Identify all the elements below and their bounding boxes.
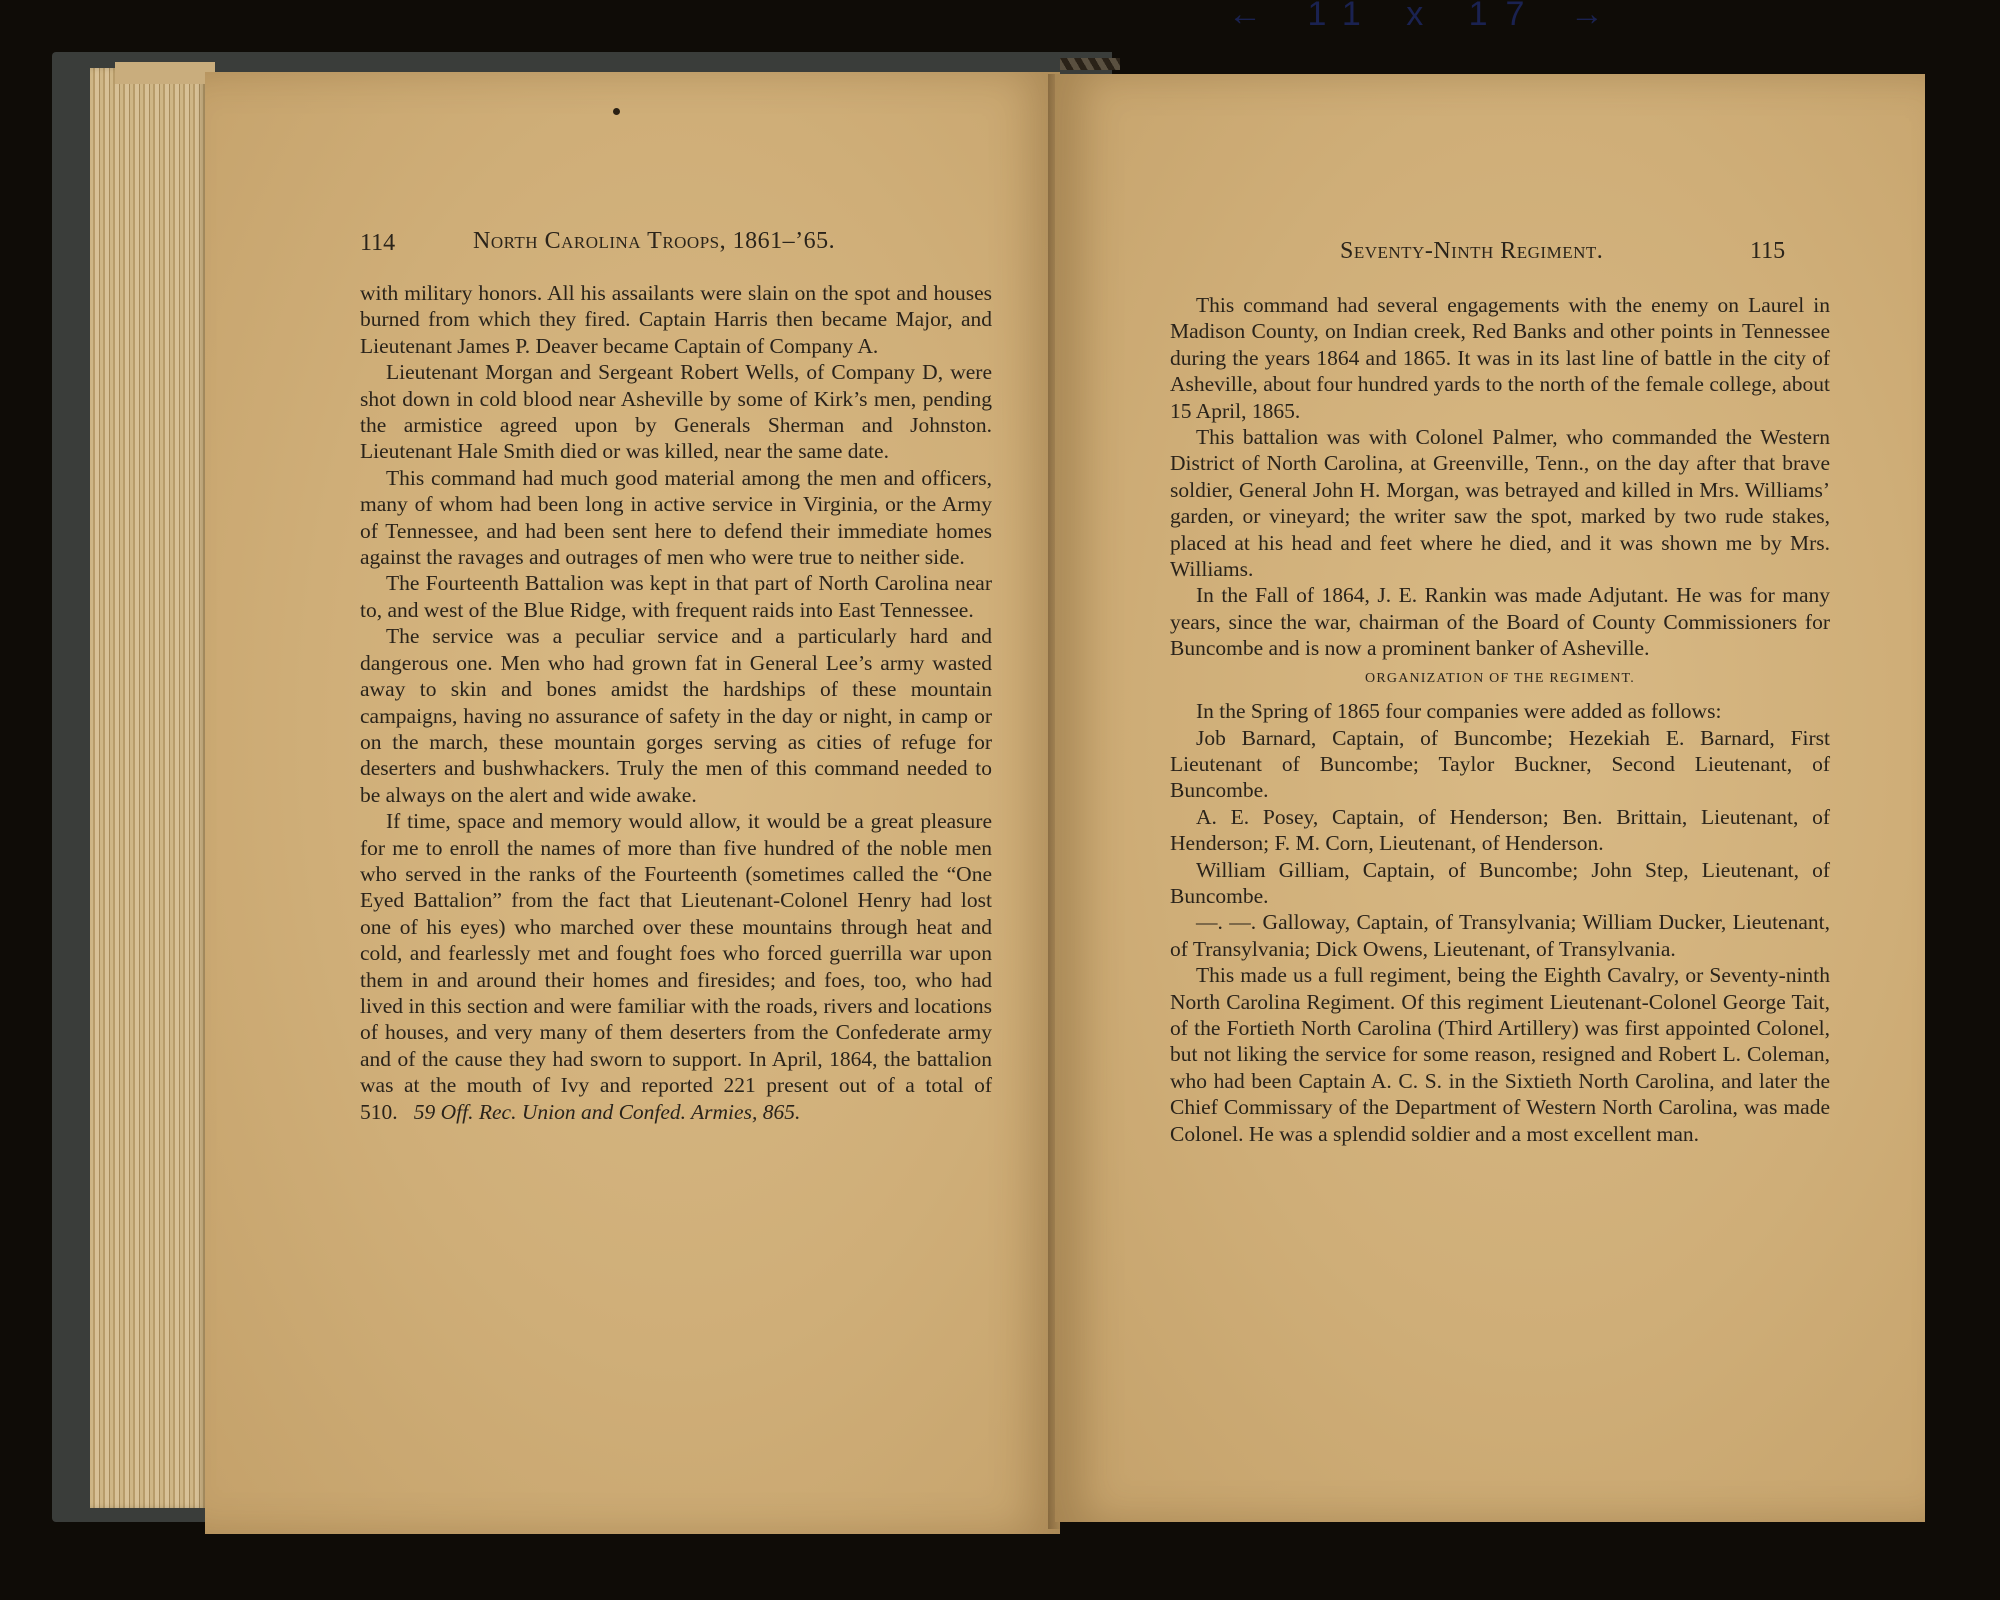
paragraph: The Fourteenth Battalion was kept in tha… (360, 570, 992, 623)
company-entry: —. —. Galloway, Captain, of Transylvania… (1170, 909, 1830, 962)
running-head: Seventy-Ninth Regiment. (1340, 238, 1603, 265)
paragraph-with-citation: If time, space and memory would allow, i… (360, 808, 992, 1125)
page-edges-top (115, 62, 215, 84)
company-entry: Job Barnard, Captain, of Buncombe; Hezek… (1170, 725, 1830, 804)
right-page-body: This command had several engagements wit… (1170, 292, 1830, 1147)
left-page: 114 North Carolina Troops, 1861–’65. wit… (205, 72, 1060, 1534)
section-heading: ORGANIZATION OF THE REGIMENT. (1170, 666, 1830, 692)
page-edges (90, 68, 205, 1508)
paragraph: This command had several engagements wit… (1170, 292, 1830, 424)
paragraph: The service was a peculiar service and a… (360, 623, 992, 808)
paragraph: This made us a full regiment, being the … (1170, 962, 1830, 1147)
headband (1060, 58, 1120, 70)
paragraph: with military honors. All his assailants… (360, 280, 992, 359)
running-head: North Carolina Troops, 1861–’65. (473, 228, 835, 255)
company-entry: A. E. Posey, Captain, of Henderson; Ben.… (1170, 804, 1830, 857)
paragraph: In the Fall of 1864, J. E. Rankin was ma… (1170, 582, 1830, 661)
paragraph: In the Spring of 1865 four companies wer… (1170, 698, 1830, 724)
page-number: 115 (1750, 238, 1785, 265)
paragraph: This command had much good material amon… (360, 465, 992, 571)
citation: 59 Off. Rec. Union and Confed. Armies, 8… (414, 1100, 801, 1124)
page-number: 114 (360, 230, 395, 257)
paragraph: This battalion was with Colonel Palmer, … (1170, 424, 1830, 582)
ink-speck (613, 108, 620, 115)
company-entry: William Gilliam, Captain, of Buncombe; J… (1170, 857, 1830, 910)
left-page-body: with military honors. All his assailants… (360, 280, 992, 1125)
paragraph-text: If time, space and memory would allow, i… (360, 809, 992, 1123)
scan-size-marker: ← 11 x 17 → (1228, 0, 1622, 30)
right-page: Seventy-Ninth Regiment. 115 This command… (1055, 74, 1925, 1522)
paragraph: Lieutenant Morgan and Sergeant Robert We… (360, 359, 992, 465)
